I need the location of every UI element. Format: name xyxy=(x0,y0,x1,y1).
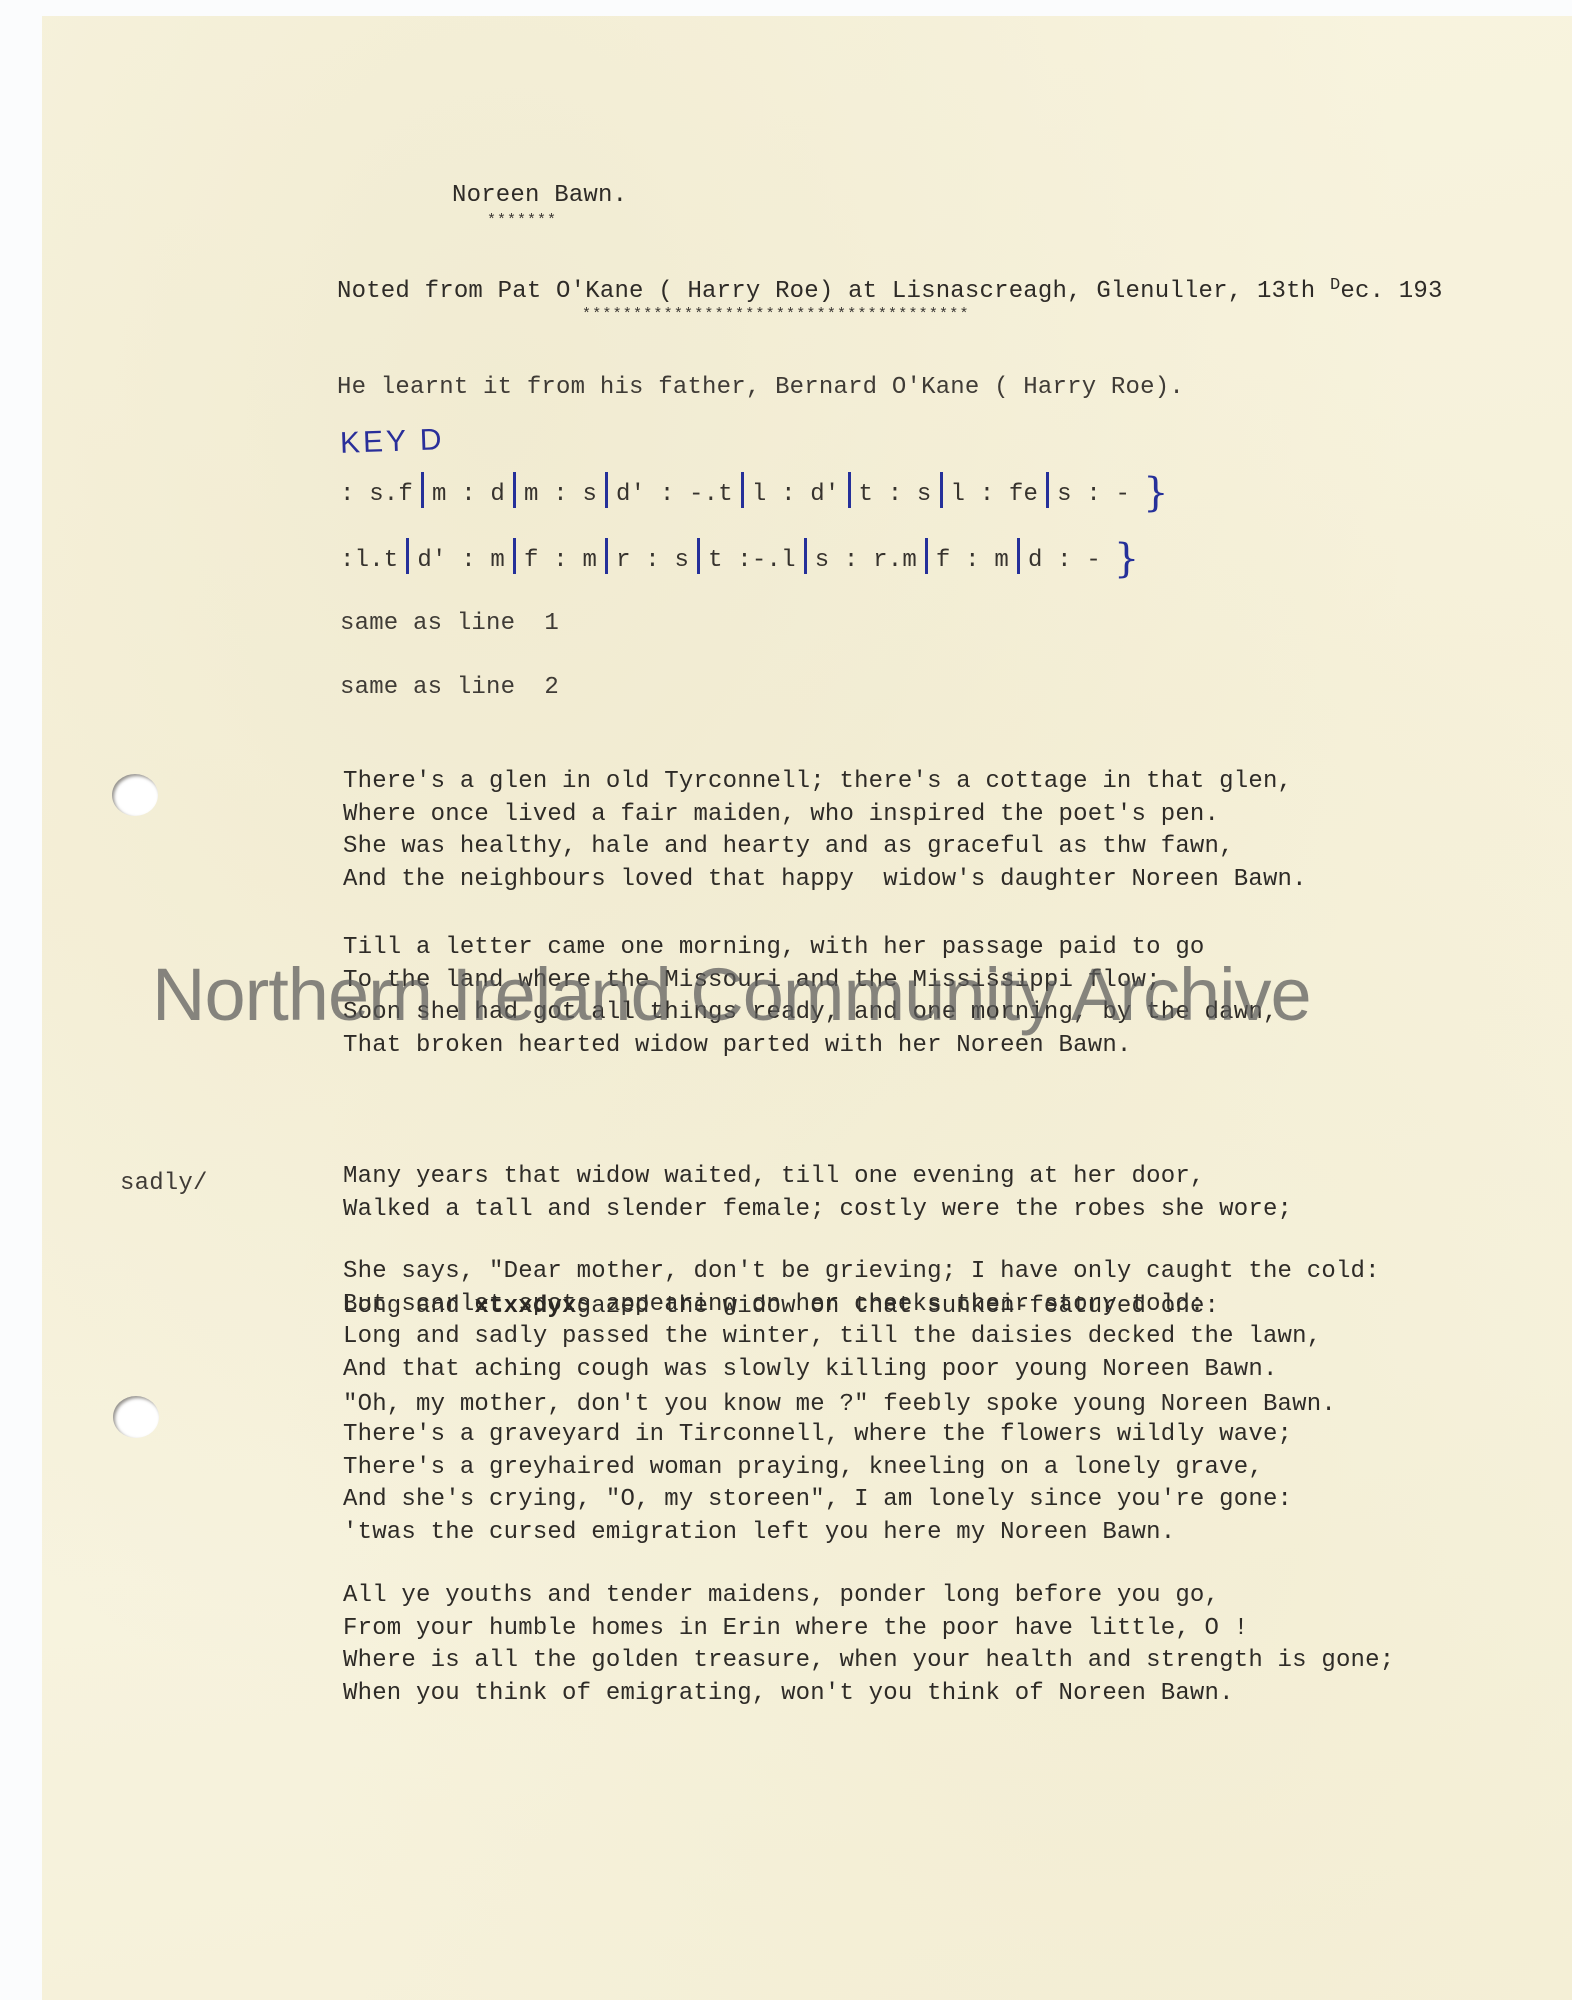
solfa-measure: l : fe xyxy=(951,481,1039,508)
bar-line xyxy=(925,538,928,574)
verse-1: There's a glen in old Tyrconnell; there'… xyxy=(343,766,1307,896)
key-annotation: KEY D xyxy=(339,423,445,461)
bar-line xyxy=(513,472,516,508)
verse-6: All ye youths and tender maidens, ponder… xyxy=(343,1580,1394,1710)
bar-line xyxy=(1017,538,1020,574)
source-line-sup: D xyxy=(1330,276,1340,295)
solfa-measure: :l.t xyxy=(340,547,398,574)
punch-hole xyxy=(112,774,158,816)
watermark: Northern Ireland Community Archive xyxy=(152,952,1311,1037)
verse-line: She was healthy, hale and hearty and as … xyxy=(343,831,1307,864)
verse-line: When you think of emigrating, won't you … xyxy=(343,1678,1394,1711)
solfa-measure: : s.f xyxy=(340,481,413,508)
verse-line: Walked a tall and slender female; costly… xyxy=(343,1194,1336,1227)
bar-line xyxy=(605,472,608,508)
solfa-measure: m : s xyxy=(524,481,597,508)
bar-line xyxy=(804,538,807,574)
solfa-measure: m : d xyxy=(432,481,505,508)
solfa-line-1: : s.fm : dm : sd' : -.tl : d't : sl : fe… xyxy=(340,470,1169,516)
verse-line: "Oh, my mother, don't you know me ?" fee… xyxy=(343,1389,1336,1422)
bar-line xyxy=(513,538,516,574)
bar-line xyxy=(605,538,608,574)
verse-line: Long and sadly passed the winter, till t… xyxy=(343,1321,1380,1354)
verse-line: From your humble homes in Erin where the… xyxy=(343,1613,1394,1646)
bar-line xyxy=(940,472,943,508)
solfa-measure: f : m xyxy=(936,547,1009,574)
song-title: Noreen Bawn. xyxy=(452,182,627,209)
source-underline: ************************************** xyxy=(582,306,970,323)
punch-hole xyxy=(113,1396,159,1438)
verse-3-lines-1-2: Many years that widow waited, till one e… xyxy=(343,1161,1336,1226)
verse-line: She says, "Dear mother, don't be grievin… xyxy=(343,1256,1380,1289)
solfa-measure: s : - xyxy=(1057,481,1130,508)
source-line: Noted from Pat O'Kane ( Harry Roe) at Li… xyxy=(337,276,1443,305)
solfa-measure: d' : m xyxy=(417,547,505,574)
verse-line: And that aching cough was slowly killing… xyxy=(343,1354,1380,1387)
solfa-line-3: same as line 1 xyxy=(340,610,559,637)
verse-line: Where once lived a fair maiden, who insp… xyxy=(343,799,1307,832)
bar-line xyxy=(406,538,409,574)
solfa-measure: r : s xyxy=(616,547,689,574)
brace-mark: } xyxy=(1101,536,1140,582)
verse-line: And she's crying, "O, my storeen", I am … xyxy=(343,1484,1292,1517)
solfa-measure: d' : -.t xyxy=(616,481,733,508)
bar-line xyxy=(1046,472,1049,508)
bar-line xyxy=(848,472,851,508)
bar-line xyxy=(741,472,744,508)
solfa-line-2: :l.td' : mf : mr : st :-.ls : r.mf : md … xyxy=(340,536,1140,582)
source-line-suffix: ec. 193 xyxy=(1340,278,1442,305)
verse-line: There's a greyhaired woman praying, knee… xyxy=(343,1452,1292,1485)
verse-3-line-4: "Oh, my mother, don't you know me ?" fee… xyxy=(343,1389,1336,1422)
verse-line: All ye youths and tender maidens, ponder… xyxy=(343,1580,1394,1613)
solfa-measure: l : d' xyxy=(752,481,840,508)
source-line-prefix: Noted from Pat O'Kane ( Harry Roe) at Li… xyxy=(337,278,1330,305)
verse-line: But scarlet spots appearing on her cheek… xyxy=(343,1289,1380,1322)
verse-line: Where is all the golden treasure, when y… xyxy=(343,1645,1394,1678)
solfa-line-4: same as line 2 xyxy=(340,674,559,701)
learnt-line: He learnt it from his father, Bernard O'… xyxy=(337,374,1184,401)
verse-line: There's a graveyard in Tirconnell, where… xyxy=(343,1419,1292,1452)
verse-5: There's a graveyard in Tirconnell, where… xyxy=(343,1419,1292,1549)
brace-mark: } xyxy=(1130,470,1169,516)
solfa-measure: d : - xyxy=(1028,547,1101,574)
solfa-measure: f : m xyxy=(524,547,597,574)
bar-line xyxy=(697,538,700,574)
bar-line xyxy=(421,472,424,508)
verse-line: Many years that widow waited, till one e… xyxy=(343,1161,1336,1194)
margin-note: sadly/ xyxy=(120,1170,208,1197)
verse-4: She says, "Dear mother, don't be grievin… xyxy=(343,1256,1380,1386)
verse-line: And the neighbours loved that happy wido… xyxy=(343,864,1307,897)
verse-line: There's a glen in old Tyrconnell; there'… xyxy=(343,766,1307,799)
solfa-measure: t : s xyxy=(859,481,932,508)
solfa-measure: s : r.m xyxy=(815,547,917,574)
solfa-measure: t :-.l xyxy=(708,547,796,574)
title-underline: ******* xyxy=(487,212,557,229)
verse-line: 'twas the cursed emigration left you her… xyxy=(343,1517,1292,1550)
